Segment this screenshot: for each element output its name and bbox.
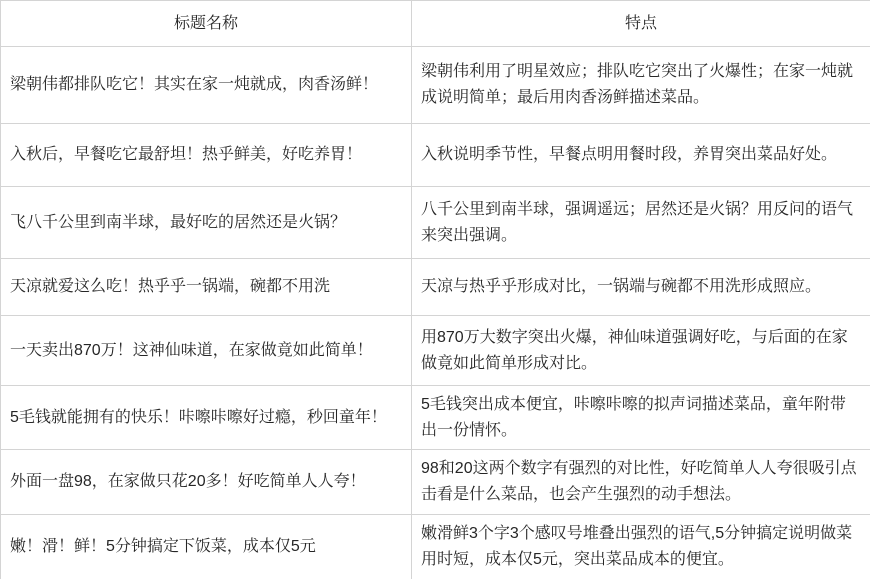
feature-cell: 5毛钱突出成本便宜，咔嚓咔嚓的拟声词描述菜品，童年附带出一份情怀。 <box>412 386 870 450</box>
table-row: 天凉就爱这么吃！热乎乎一锅端，碗都不用洗 天凉与热乎乎形成对比，一锅端与碗都不用… <box>1 259 870 316</box>
column-header-feature: 特点 <box>412 1 870 47</box>
feature-cell: 八千公里到南半球，强调遥远；居然还是火锅？用反问的语气来突出强调。 <box>412 187 870 259</box>
table-row: 飞八千公里到南半球，最好吃的居然还是火锅？ 八千公里到南半球，强调遥远；居然还是… <box>1 187 870 259</box>
title-cell: 天凉就爱这么吃！热乎乎一锅端，碗都不用洗 <box>1 259 412 316</box>
column-header-title: 标题名称 <box>1 1 412 47</box>
title-cell: 外面一盘98，在家做只花20多！好吃简单人人夸！ <box>1 450 412 515</box>
feature-cell: 98和20这两个数字有强烈的对比性，好吃简单人人夸很吸引点击看是什么菜品，也会产… <box>412 450 870 515</box>
table-row: 梁朝伟都排队吃它！其实在家一炖就成，肉香汤鲜！ 梁朝伟利用了明星效应；排队吃它突… <box>1 47 870 124</box>
table-row: 入秋后，早餐吃它最舒坦！热乎鲜美，好吃养胃！ 入秋说明季节性，早餐点明用餐时段，… <box>1 124 870 187</box>
table-row: 5毛钱就能拥有的快乐！咔嚓咔嚓好过瘾，秒回童年！ 5毛钱突出成本便宜，咔嚓咔嚓的… <box>1 386 870 450</box>
header-row: 标题名称 特点 <box>1 1 870 47</box>
title-cell: 一天卖出870万！这神仙味道，在家做竟如此简单！ <box>1 316 412 386</box>
title-cell: 入秋后，早餐吃它最舒坦！热乎鲜美，好吃养胃！ <box>1 124 412 187</box>
title-cell: 飞八千公里到南半球，最好吃的居然还是火锅？ <box>1 187 412 259</box>
feature-cell: 天凉与热乎乎形成对比，一锅端与碗都不用洗形成照应。 <box>412 259 870 316</box>
titles-features-table: 标题名称 特点 梁朝伟都排队吃它！其实在家一炖就成，肉香汤鲜！ 梁朝伟利用了明星… <box>0 0 870 579</box>
title-cell: 嫩！滑！鲜！5分钟搞定下饭菜，成本仅5元 <box>1 515 412 579</box>
table-row: 外面一盘98，在家做只花20多！好吃简单人人夸！ 98和20这两个数字有强烈的对… <box>1 450 870 515</box>
feature-cell: 梁朝伟利用了明星效应；排队吃它突出了火爆性；在家一炖就成说明简单；最后用肉香汤鲜… <box>412 47 870 124</box>
title-cell: 5毛钱就能拥有的快乐！咔嚓咔嚓好过瘾，秒回童年！ <box>1 386 412 450</box>
feature-cell: 嫩滑鲜3个字3个感叹号堆叠出强烈的语气,5分钟搞定说明做菜用时短，成本仅5元，突… <box>412 515 870 579</box>
feature-cell: 入秋说明季节性，早餐点明用餐时段，养胃突出菜品好处。 <box>412 124 870 187</box>
table-row: 一天卖出870万！这神仙味道，在家做竟如此简单！ 用870万大数字突出火爆，神仙… <box>1 316 870 386</box>
feature-cell: 用870万大数字突出火爆，神仙味道强调好吃，与后面的在家做竟如此简单形成对比。 <box>412 316 870 386</box>
title-cell: 梁朝伟都排队吃它！其实在家一炖就成，肉香汤鲜！ <box>1 47 412 124</box>
document-page: 标题名称 特点 梁朝伟都排队吃它！其实在家一炖就成，肉香汤鲜！ 梁朝伟利用了明星… <box>0 0 870 579</box>
table-row: 嫩！滑！鲜！5分钟搞定下饭菜，成本仅5元 嫩滑鲜3个字3个感叹号堆叠出强烈的语气… <box>1 515 870 579</box>
